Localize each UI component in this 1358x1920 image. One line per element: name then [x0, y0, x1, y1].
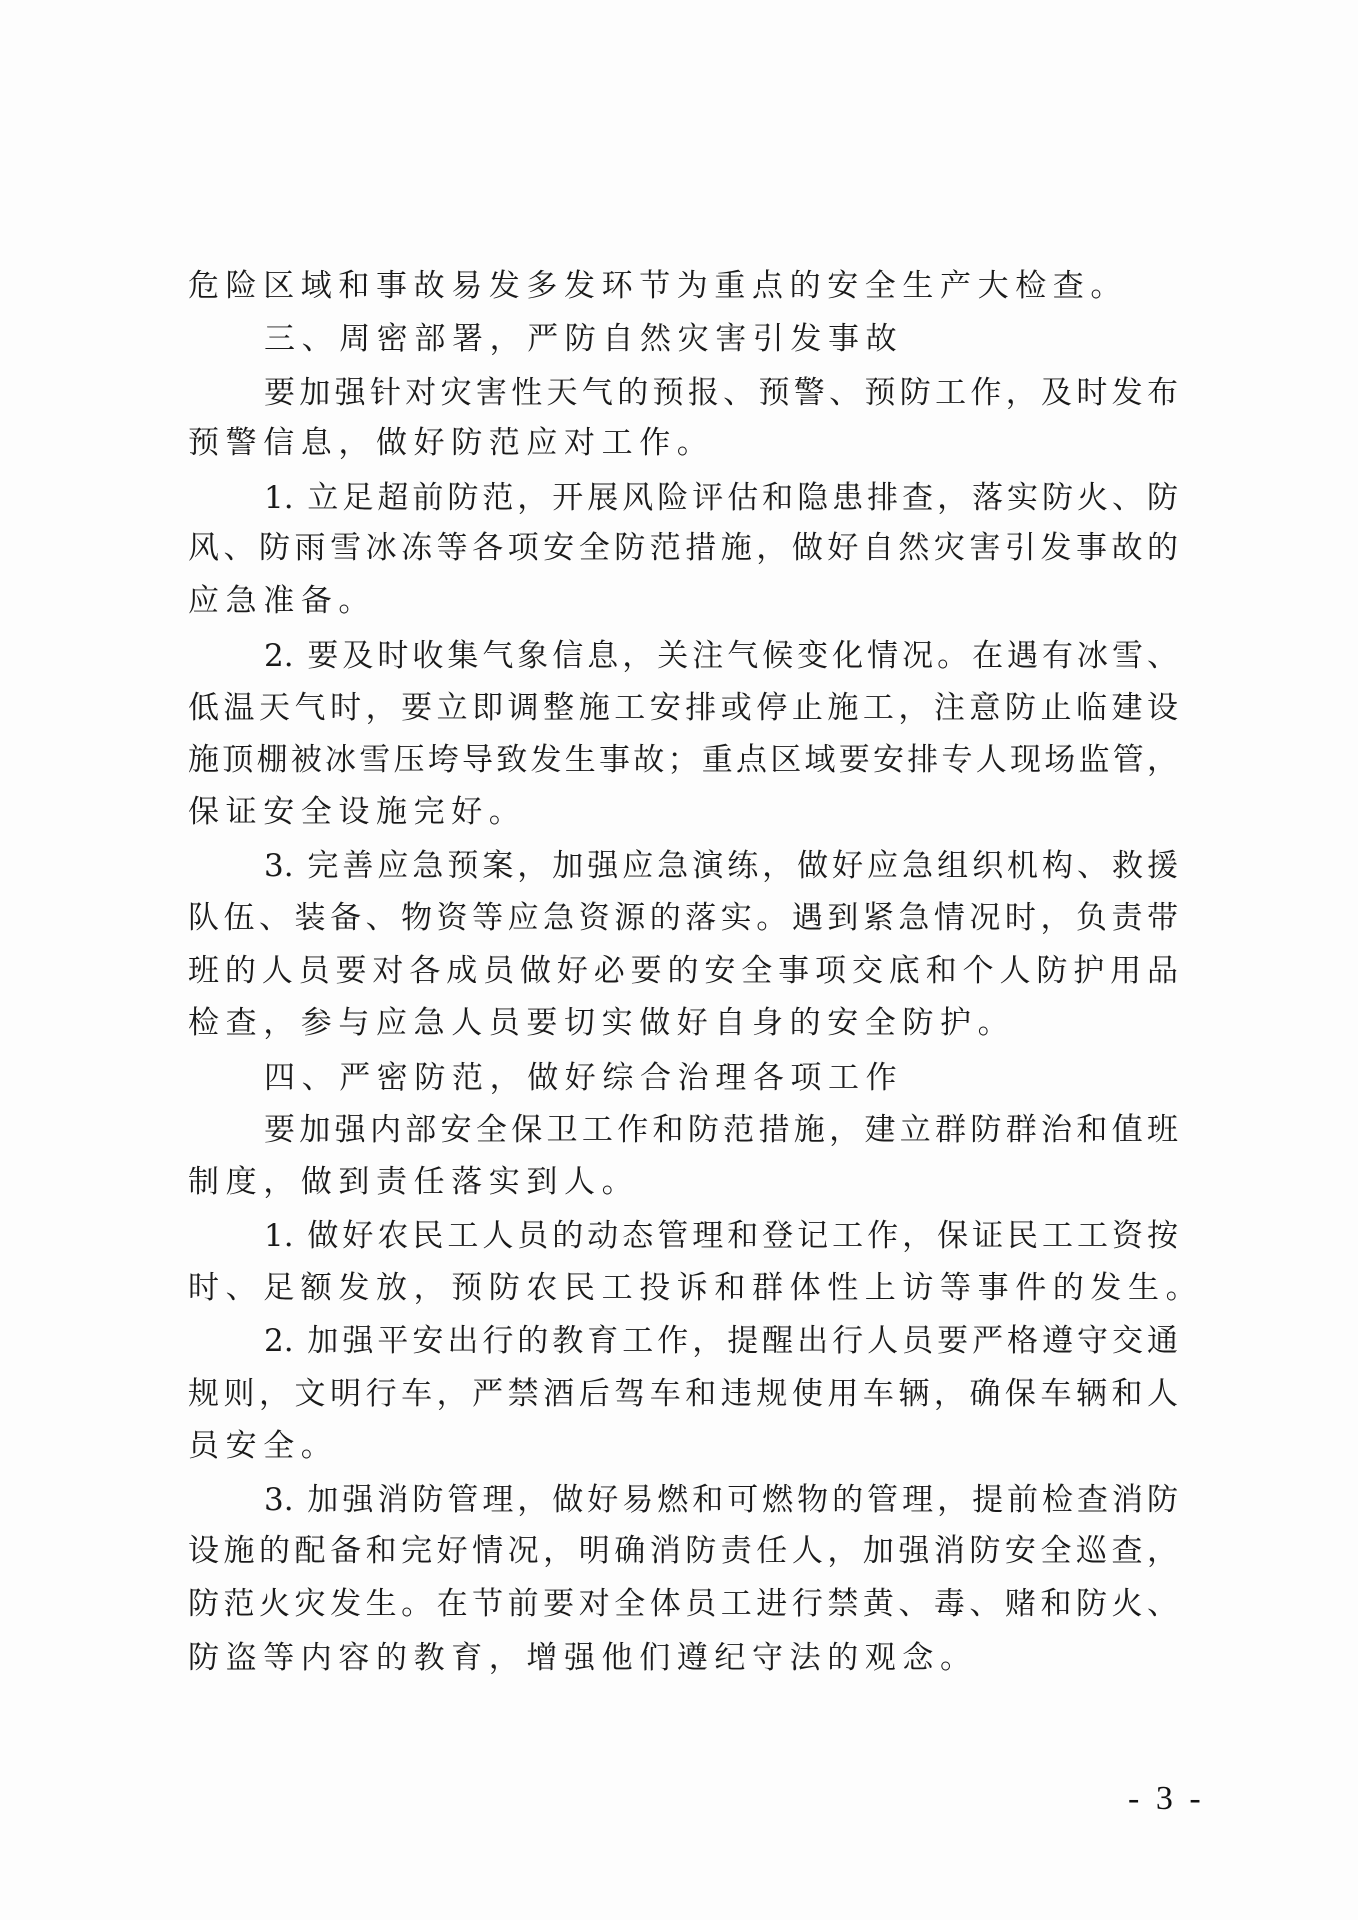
text-line: 要加强内部安全保卫工作和防范措施，建立群防群治和值班	[264, 1104, 1178, 1156]
text-line: 员安全。	[188, 1420, 338, 1472]
text-line: 防盗等内容的教育，增强他们遵纪守法的观念。	[188, 1632, 978, 1684]
text-line: 设施的配备和完好情况，明确消防责任人，加强消防安全巡查，	[188, 1525, 1178, 1577]
text-line: 低温天气时，要立即调整施工安排或停止施工，注意防止临建设	[188, 682, 1178, 734]
text-line: 规则，文明行车，严禁酒后驾车和违规使用车辆，确保车辆和人	[188, 1368, 1178, 1420]
text-line: 施顶棚被冰雪压垮导致发生事故；重点区域要安排专人现场监管，	[188, 734, 1178, 786]
text-line: 风、防雨雪冰冻等各项安全防范措施，做好自然灾害引发事故的	[188, 522, 1178, 574]
text-line: 要加强针对灾害性天气的预报、预警、预防工作，及时发布	[264, 367, 1178, 419]
text-line: 制度，做到责任落实到人。	[188, 1156, 639, 1208]
text-line: 3. 加强消防管理，做好易燃和可燃物的管理，提前检查消防	[264, 1474, 1178, 1526]
text-line: 保证安全设施完好。	[188, 786, 526, 838]
document-page: 危险区域和事故易发多发环节为重点的安全生产大检查。三、周密部署，严防自然灾害引发…	[0, 0, 1358, 1920]
text-line: 3. 完善应急预案，加强应急演练，做好应急组织机构、救援	[264, 840, 1178, 892]
text-line: 队伍、装备、物资等应急资源的落实。遇到紧急情况时，负责带	[188, 892, 1178, 944]
text-line: 检查，参与应急人员要切实做好自身的安全防护。	[188, 997, 1015, 1049]
text-line: 时、足额发放，预防农民工投诉和群体性上访等事件的发生。	[188, 1262, 1203, 1314]
text-line: 预警信息，做好防范应对工作。	[188, 417, 714, 469]
text-line: 危险区域和事故易发多发环节为重点的安全生产大检查。	[188, 260, 1128, 312]
text-line: 防范火灾发生。在节前要对全体员工进行禁黄、毒、赌和防火、	[188, 1578, 1178, 1630]
text-line: 2. 要及时收集气象信息，关注气候变化情况。在遇有冰雪、	[264, 630, 1178, 682]
text-line: 三、周密部署，严防自然灾害引发事故	[264, 313, 903, 365]
text-line: 1. 做好农民工人员的动态管理和登记工作，保证民工工资按	[264, 1210, 1178, 1262]
text-line: 1. 立足超前防范，开展风险评估和隐患排查，落实防火、防	[264, 472, 1178, 524]
text-line: 四、严密防范，做好综合治理各项工作	[264, 1052, 903, 1104]
page-number: - 3 -	[1128, 1780, 1205, 1818]
text-line: 2. 加强平安出行的教育工作，提醒出行人员要严格遵守交通	[264, 1315, 1178, 1367]
text-line: 应急准备。	[188, 575, 376, 627]
text-line: 班的人员要对各成员做好必要的安全事项交底和个人防护用品	[188, 945, 1178, 997]
